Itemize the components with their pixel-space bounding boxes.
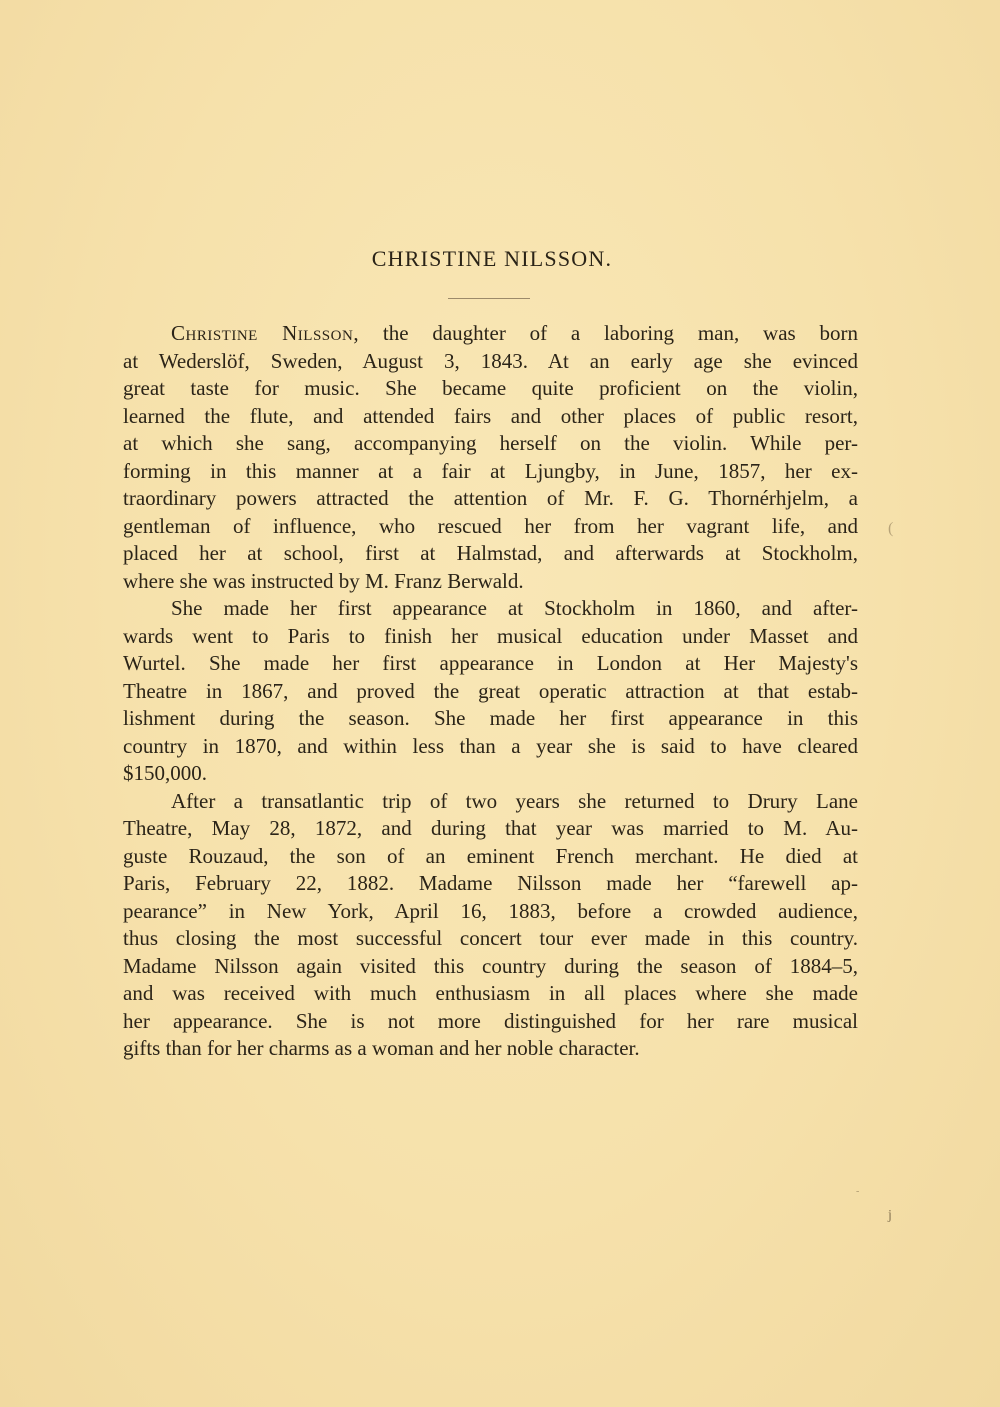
title-divider-rule [448,298,530,299]
paragraph-2: She made her first appearance at Stockho… [123,595,858,788]
text-line: thus closing the most successful concert… [123,925,858,953]
book-page: CHRISTINE NILSSON. Christine Nilsson, th… [0,0,1000,1407]
text-line: traordinary powers attracted the attenti… [123,485,858,513]
text-line: Christine Nilsson, the daughter of a lab… [123,320,858,348]
margin-mark: ( [888,520,893,538]
text-line: at Wederslöf, Sweden, August 3, 1843. At… [123,348,858,376]
text-line: forming in this manner at a fair at Ljun… [123,458,858,486]
text-line: Theatre in 1867, and proved the great op… [123,678,858,706]
page-title: CHRISTINE NILSSON. [0,246,984,272]
text-line: learned the flute, and attended fairs an… [123,403,858,431]
text-line: Theatre, May 28, 1872, and during that y… [123,815,858,843]
text-line: Wurtel. She made her first appearance in… [123,650,858,678]
text-line: and was received with much enthusiasm in… [123,980,858,1008]
text-line: wards went to Paris to finish her musica… [123,623,858,651]
text-line: gentleman of influence, who rescued her … [123,513,858,541]
biography-body: Christine Nilsson, the daughter of a lab… [123,320,858,1063]
margin-mark: - [856,1186,859,1197]
text-line: gifts than for her charms as a woman and… [123,1035,858,1063]
text-line: placed her at school, first at Halmstad,… [123,540,858,568]
lead-name-smallcaps: Christine Nilsson, [171,321,359,345]
text-line: pearance” in New York, April 16, 1883, b… [123,898,858,926]
text-line: She made her first appearance at Stockho… [123,595,858,623]
text-line: country in 1870, and within less than a … [123,733,858,761]
paragraph-3: After a transatlantic trip of two years … [123,788,858,1063]
paragraph-1: Christine Nilsson, the daughter of a lab… [123,320,858,595]
text-line: After a transatlantic trip of two years … [123,788,858,816]
text-line: Madame Nilsson again visited this countr… [123,953,858,981]
text-line: Paris, February 22, 1882. Madame Nilsson… [123,870,858,898]
text-line: great taste for music. She became quite … [123,375,858,403]
text-line: at which she sang, accompanying herself … [123,430,858,458]
text-line: lishment during the season. She made her… [123,705,858,733]
text-line: guste Rouzaud, the son of an eminent Fre… [123,843,858,871]
text-line: where she was instructed by M. Franz Ber… [123,568,858,596]
text-line: her appearance. She is not more distingu… [123,1008,858,1036]
margin-mark: j [888,1208,892,1224]
text-line: $150,000. [123,760,858,788]
